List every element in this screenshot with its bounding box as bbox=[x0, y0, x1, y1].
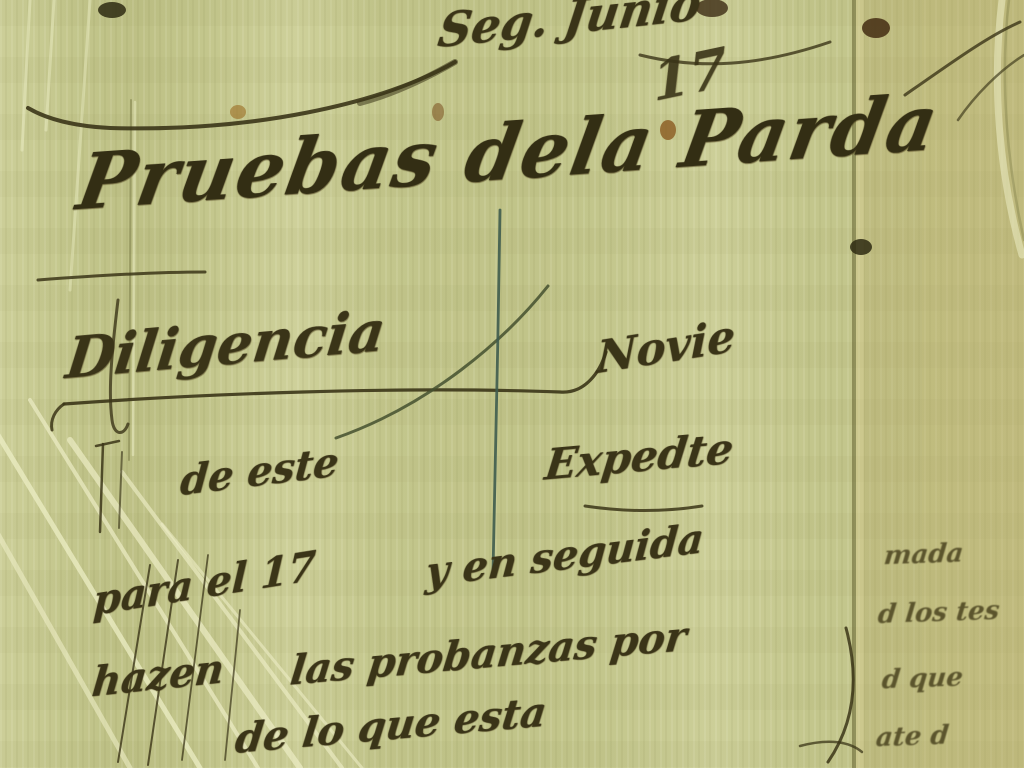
page-title-script: Pruebas dela Parda bbox=[71, 77, 946, 227]
body-line1-right: Expedte bbox=[542, 423, 736, 489]
body-line1-left: de este bbox=[178, 438, 340, 505]
teal-ink-strokes bbox=[336, 210, 548, 572]
section-heading-script: Diligencia bbox=[62, 298, 389, 393]
body-line4: de lo que esta bbox=[233, 688, 550, 763]
body-line2-right: y en seguida bbox=[424, 515, 706, 597]
fold-fragment: d que bbox=[880, 663, 964, 696]
manuscript-page: Seg. Junio 17 Pruebas dela Parda Diligen… bbox=[0, 0, 1024, 768]
dark-creases bbox=[129, 0, 1024, 460]
body-line2-left: para el 17 bbox=[92, 542, 317, 625]
margin-note-script: Novie bbox=[596, 311, 735, 385]
body-line3-right: las probanzas por bbox=[288, 612, 689, 694]
fold-fragment: ate d bbox=[874, 721, 950, 754]
fold-fragment: mada bbox=[882, 539, 965, 572]
fold-fragment: d los tes bbox=[876, 596, 1000, 630]
body-line3-left: hazen bbox=[90, 645, 227, 707]
